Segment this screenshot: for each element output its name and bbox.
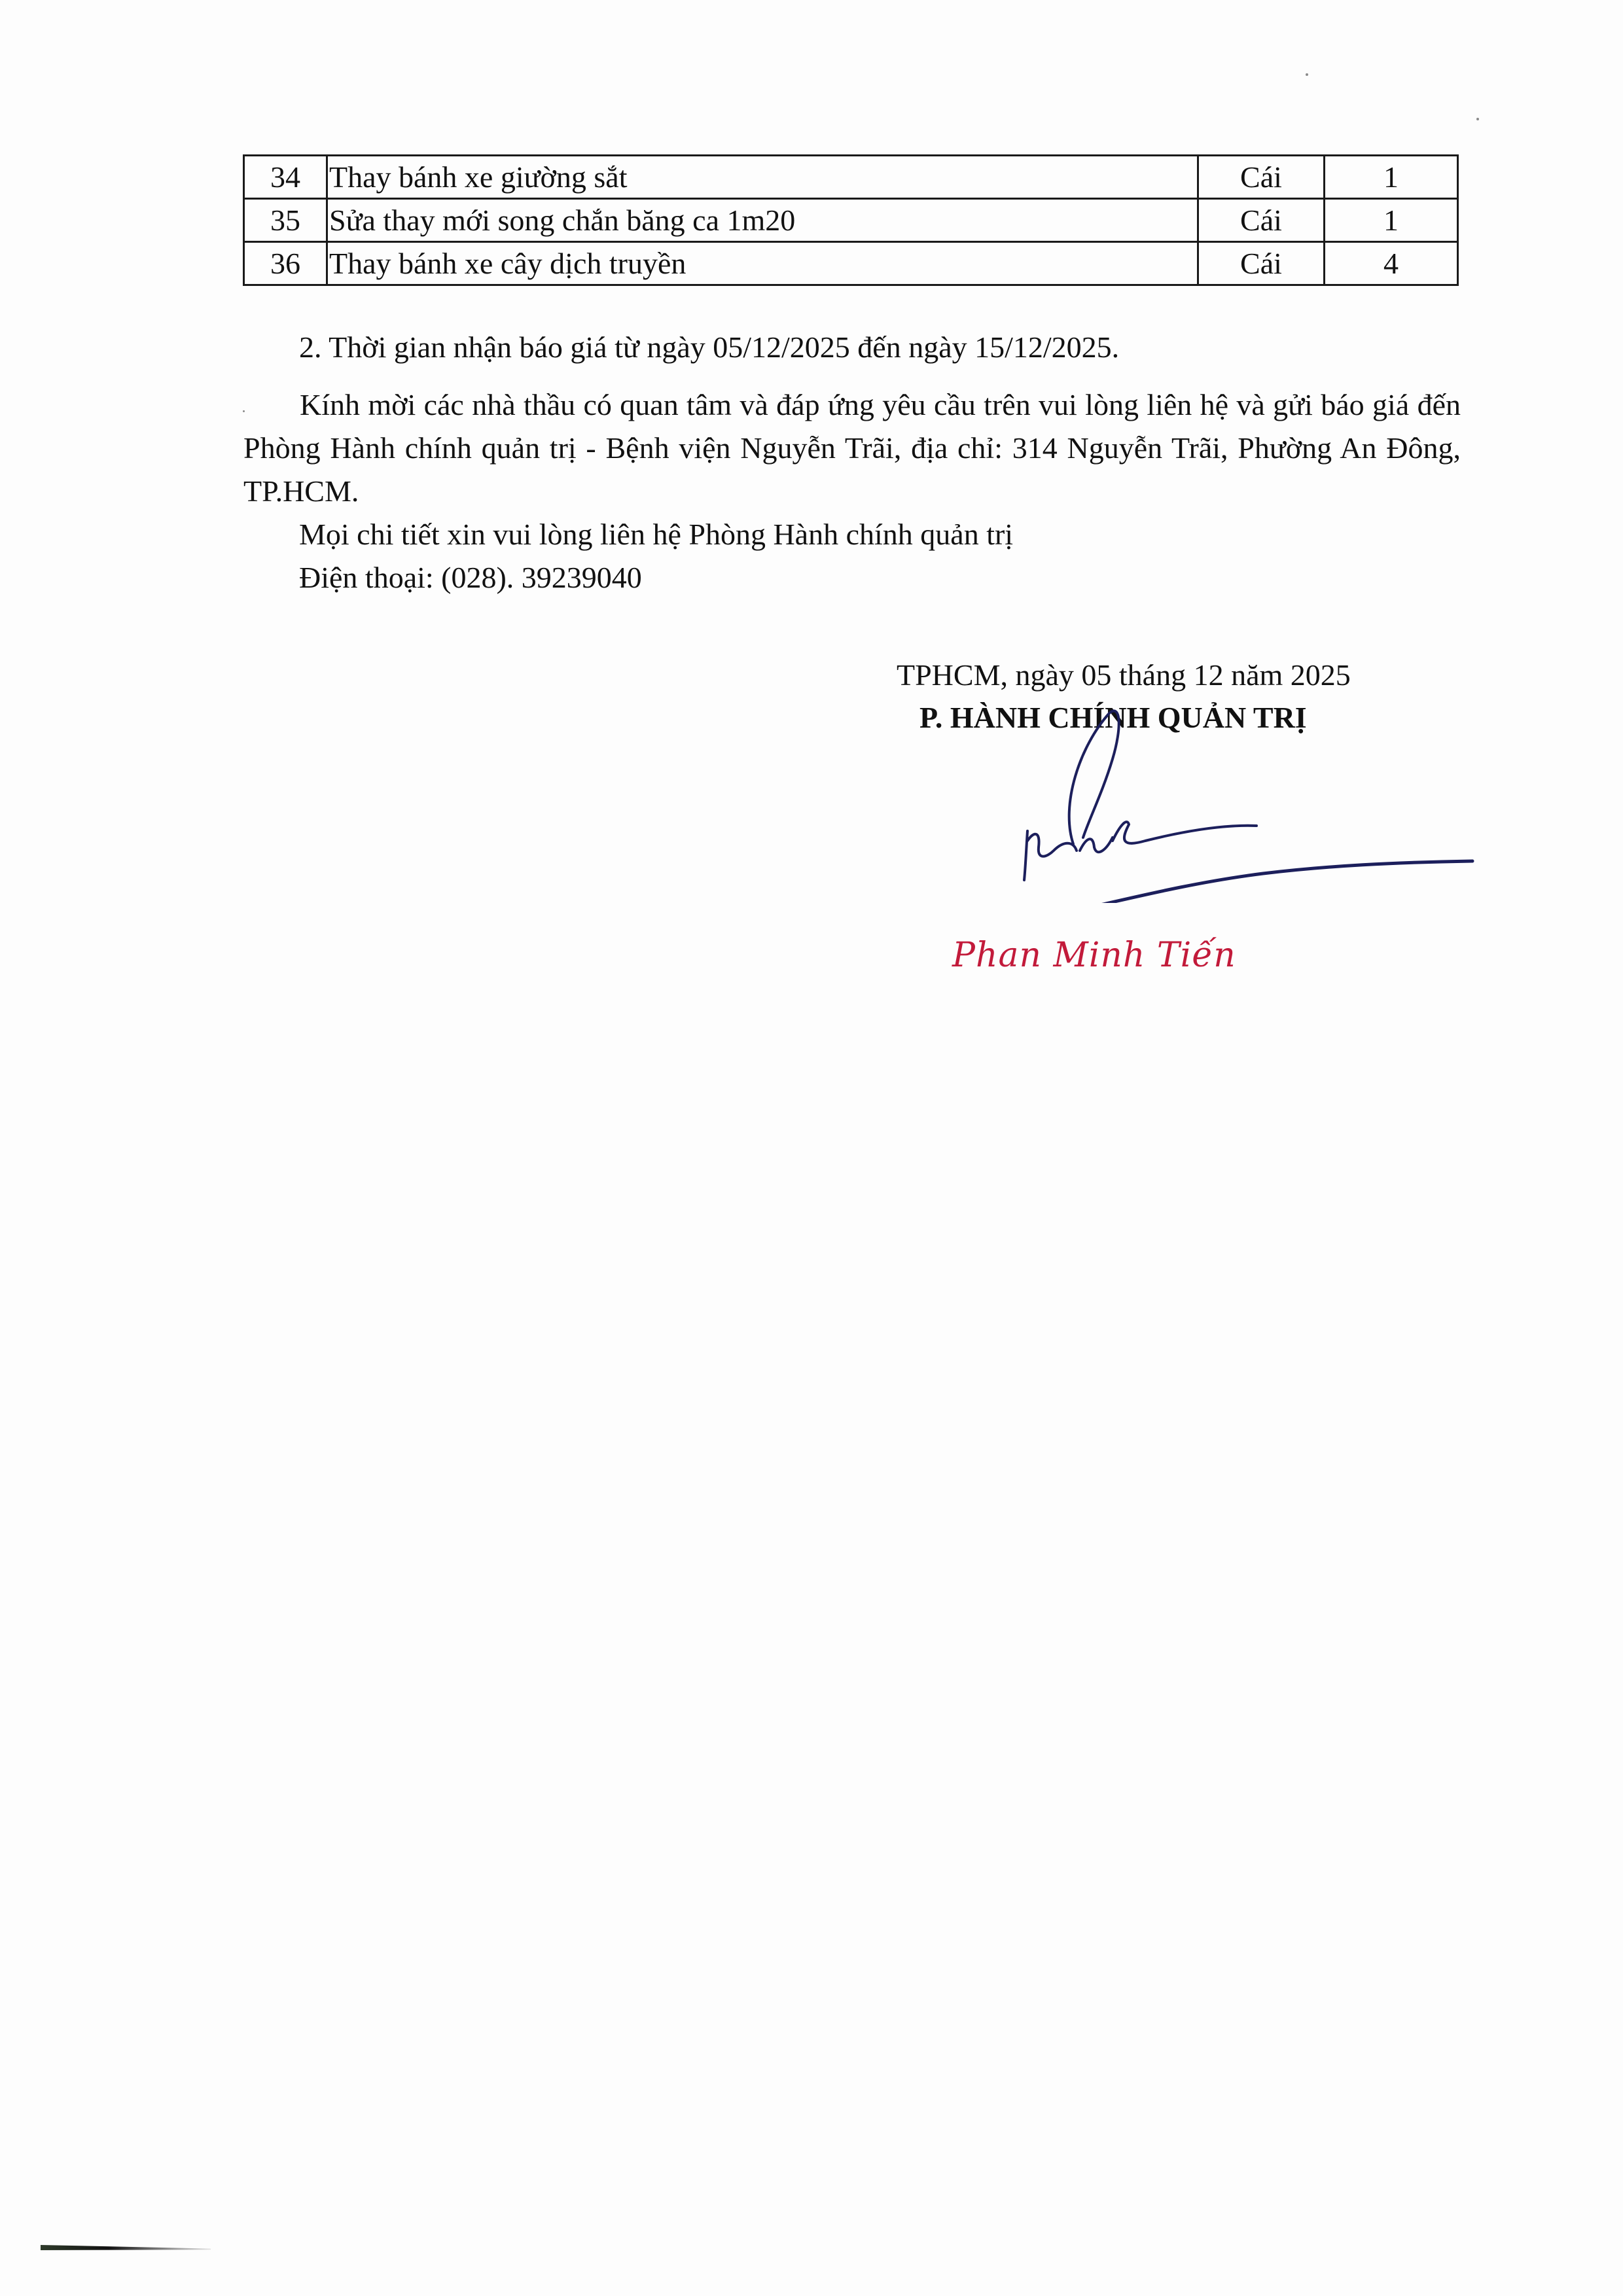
scan-speck xyxy=(1306,73,1308,76)
document-page: 34 Thay bánh xe giường sắt Cái 1 35 Sửa … xyxy=(0,0,1623,2296)
row-quantity: 1 xyxy=(1325,199,1458,242)
quotation-period: 2. Thời gian nhận báo giá từ ngày 05/12/… xyxy=(299,326,1516,369)
row-unit: Cái xyxy=(1198,242,1325,285)
row-quantity: 1 xyxy=(1325,156,1458,199)
handwritten-signature-icon xyxy=(949,707,1505,903)
row-number: 34 xyxy=(244,156,327,199)
row-number: 36 xyxy=(244,242,327,285)
row-description: Sửa thay mới song chắn băng ca 1m20 xyxy=(327,199,1198,242)
row-description: Thay bánh xe giường sắt xyxy=(327,156,1198,199)
row-unit: Cái xyxy=(1198,156,1325,199)
scan-speck xyxy=(243,410,245,412)
row-unit: Cái xyxy=(1198,199,1325,242)
contact-details: Mọi chi tiết xin vui lòng liên hệ Phòng … xyxy=(299,513,1516,556)
table-row: 35 Sửa thay mới song chắn băng ca 1m20 C… xyxy=(244,199,1458,242)
row-quantity: 4 xyxy=(1325,242,1458,285)
items-table: 34 Thay bánh xe giường sắt Cái 1 35 Sửa … xyxy=(243,154,1459,286)
phone-number: Điện thoại: (028). 39239040 xyxy=(299,556,1516,599)
row-description: Thay bánh xe cây dịch truyền xyxy=(327,242,1198,285)
table-row: 34 Thay bánh xe giường sắt Cái 1 xyxy=(244,156,1458,199)
invitation-paragraph: Kính mời các nhà thầu có quan tâm và đáp… xyxy=(243,383,1461,513)
row-number: 35 xyxy=(244,199,327,242)
place-date: TPHCM, ngày 05 tháng 12 năm 2025 xyxy=(897,658,1351,692)
signer-name: Phan Minh Tiến xyxy=(952,936,1236,975)
scan-margin-line xyxy=(41,2245,211,2250)
scan-speck xyxy=(1476,118,1479,120)
table-row: 36 Thay bánh xe cây dịch truyền Cái 4 xyxy=(244,242,1458,285)
